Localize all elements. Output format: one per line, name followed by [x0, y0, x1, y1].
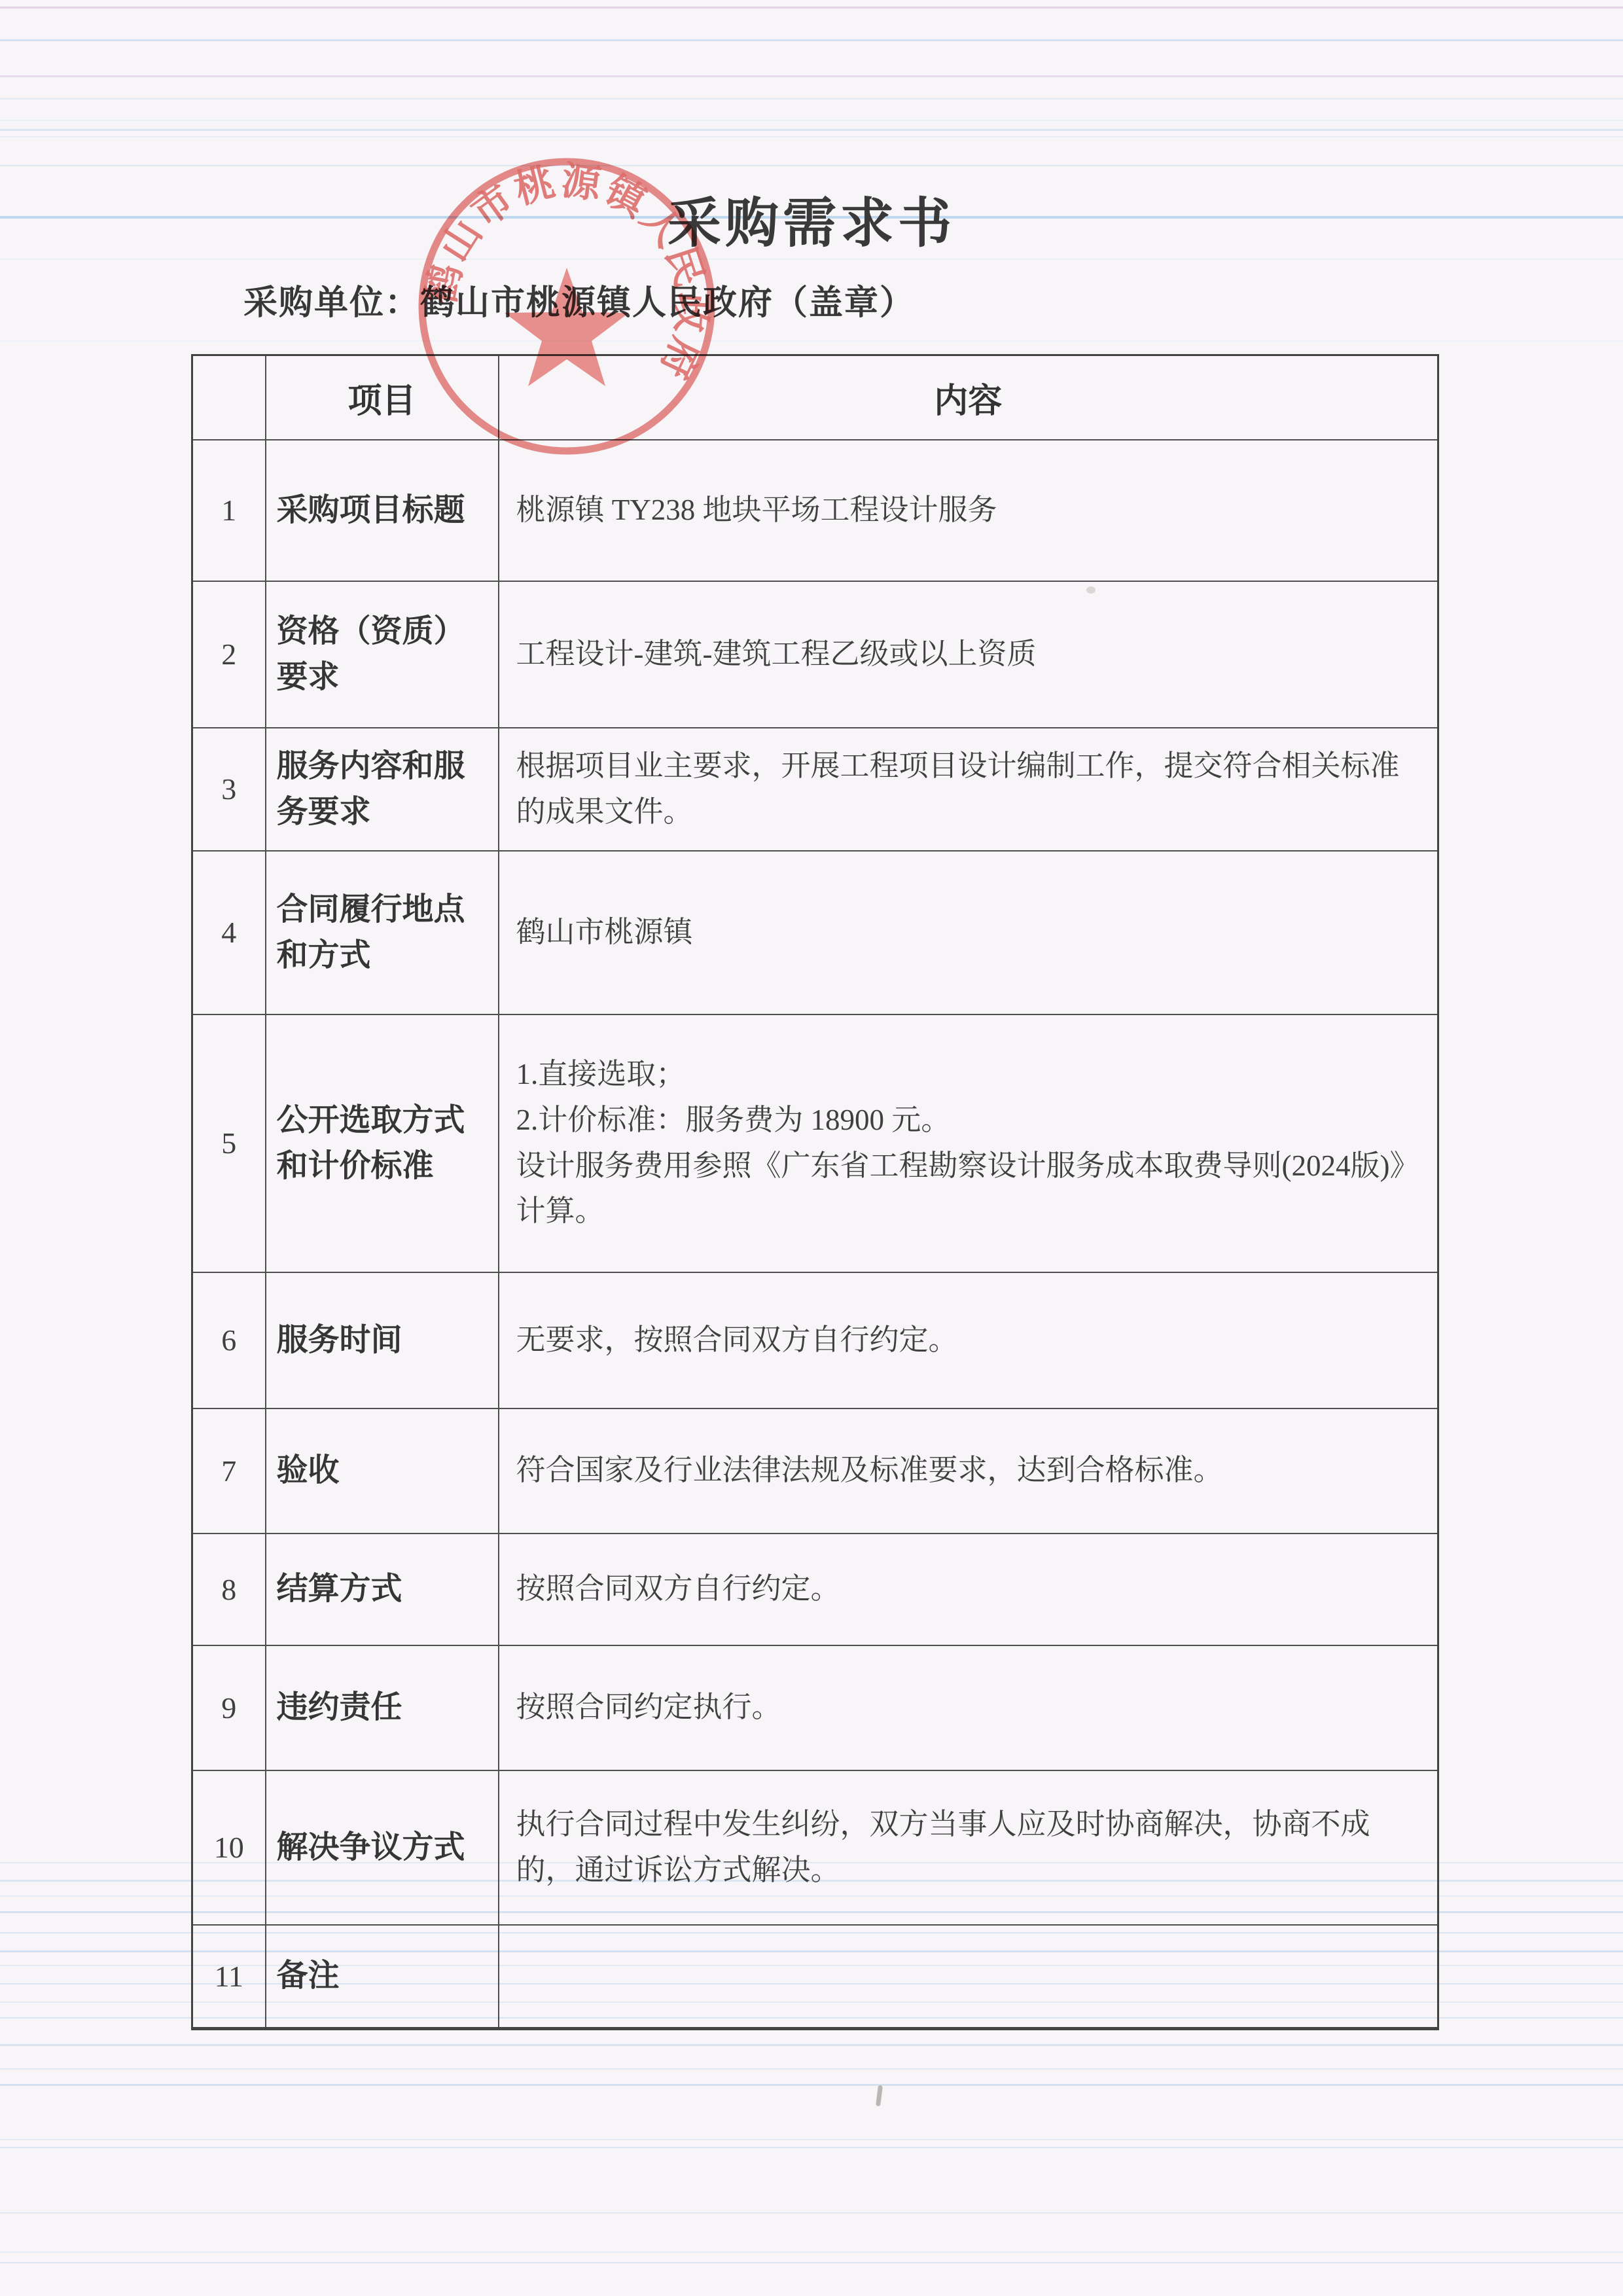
scan-line	[0, 136, 1623, 137]
row-content	[499, 1925, 1438, 2029]
scan-line	[0, 2044, 1623, 2046]
row-number: 1	[192, 440, 266, 581]
row-content: 根据项目业主要求，开展工程项目设计编制工作，提交符合相关标准的成果文件。	[499, 728, 1438, 851]
row-content: 无要求，按照合同双方自行约定。	[499, 1272, 1438, 1408]
row-label: 采购项目标题	[266, 440, 499, 581]
page-title: 采购需求书	[0, 181, 1623, 257]
row-number: 7	[192, 1408, 266, 1534]
scan-line	[0, 129, 1623, 131]
scan-line	[0, 2262, 1623, 2263]
row-content: 桃源镇 TY238 地块平场工程设计服务	[499, 440, 1438, 581]
table-row: 4 合同履行地点和方式 鹤山市桃源镇	[192, 851, 1438, 1014]
table-header-row: 项目 内容	[192, 355, 1438, 440]
scan-line	[0, 165, 1623, 166]
scan-line	[0, 98, 1623, 99]
table-row: 5 公开选取方式和计价标准 1.直接选取； 2.计价标准：服务费为 18900 …	[192, 1014, 1438, 1272]
row-label: 合同履行地点和方式	[266, 851, 499, 1014]
purchaser-label: 采购单位：鹤山市桃源镇人民政府（盖章）	[243, 275, 915, 324]
scanned-document-page: { "page": { "title": "采购需求书", "purchaser…	[0, 0, 1623, 2296]
row-number: 8	[192, 1534, 266, 1645]
row-number: 9	[192, 1645, 266, 1770]
table-row: 6 服务时间 无要求，按照合同双方自行约定。	[192, 1272, 1438, 1408]
row-number: 3	[192, 728, 266, 851]
row-label: 验收	[266, 1408, 499, 1534]
header-blank-cell	[192, 355, 266, 440]
row-number: 11	[192, 1925, 266, 2029]
row-number: 10	[192, 1770, 266, 1925]
scan-line	[0, 2212, 1623, 2214]
header-item: 项目	[266, 355, 499, 440]
pen-mark-artifact	[876, 2085, 883, 2107]
header-content: 内容	[499, 355, 1438, 440]
scan-line	[0, 2084, 1623, 2086]
row-number: 6	[192, 1272, 266, 1408]
row-content: 1.直接选取； 2.计价标准：服务费为 18900 元。 设计服务费用参照《广东…	[499, 1014, 1438, 1272]
table-row: 3 服务内容和服务要求 根据项目业主要求，开展工程项目设计编制工作，提交符合相关…	[192, 728, 1438, 851]
row-content: 工程设计-建筑-建筑工程乙级或以上资质	[499, 581, 1438, 728]
table-row: 8 结算方式 按照合同双方自行约定。	[192, 1534, 1438, 1645]
table-row: 1 采购项目标题 桃源镇 TY238 地块平场工程设计服务	[192, 440, 1438, 581]
row-number: 2	[192, 581, 266, 728]
row-label: 违约责任	[266, 1645, 499, 1770]
row-number: 4	[192, 851, 266, 1014]
scan-line	[0, 2147, 1623, 2148]
row-content: 执行合同过程中发生纠纷，双方当事人应及时协商解决，协商不成的，通过诉讼方式解决。	[499, 1770, 1438, 1925]
table-row: 7 验收 符合国家及行业法律法规及标准要求，达到合格标准。	[192, 1408, 1438, 1534]
row-content: 符合国家及行业法律法规及标准要求，达到合格标准。	[499, 1408, 1438, 1534]
scan-line	[0, 2068, 1623, 2070]
row-label: 解决争议方式	[266, 1770, 499, 1925]
row-content: 按照合同双方自行约定。	[499, 1534, 1438, 1645]
table-row: 9 违约责任 按照合同约定执行。	[192, 1645, 1438, 1770]
scan-line	[0, 39, 1623, 41]
smudge-artifact	[1086, 586, 1096, 594]
scan-line	[0, 7, 1623, 9]
row-label: 备注	[266, 1925, 499, 2029]
row-label: 资格（资质）要求	[266, 581, 499, 728]
row-label: 公开选取方式和计价标准	[266, 1014, 499, 1272]
row-content: 鹤山市桃源镇	[499, 851, 1438, 1014]
scan-line	[0, 2251, 1623, 2253]
scan-line	[0, 120, 1623, 121]
table-row: 2 资格（资质）要求 工程设计-建筑-建筑工程乙级或以上资质	[192, 581, 1438, 728]
row-label: 结算方式	[266, 1534, 499, 1645]
table-row: 11 备注	[192, 1925, 1438, 2029]
row-label: 服务内容和服务要求	[266, 728, 499, 851]
row-label: 服务时间	[266, 1272, 499, 1408]
scan-line	[0, 340, 1623, 342]
scan-line	[0, 2139, 1623, 2140]
scan-line	[0, 259, 1623, 260]
scan-line	[0, 75, 1623, 77]
row-number: 5	[192, 1014, 266, 1272]
table-row: 10 解决争议方式 执行合同过程中发生纠纷，双方当事人应及时协商解决，协商不成的…	[192, 1770, 1438, 1925]
row-content: 按照合同约定执行。	[499, 1645, 1438, 1770]
requirements-table: 项目 内容 1 采购项目标题 桃源镇 TY238 地块平场工程设计服务 2 资格…	[191, 354, 1439, 2030]
